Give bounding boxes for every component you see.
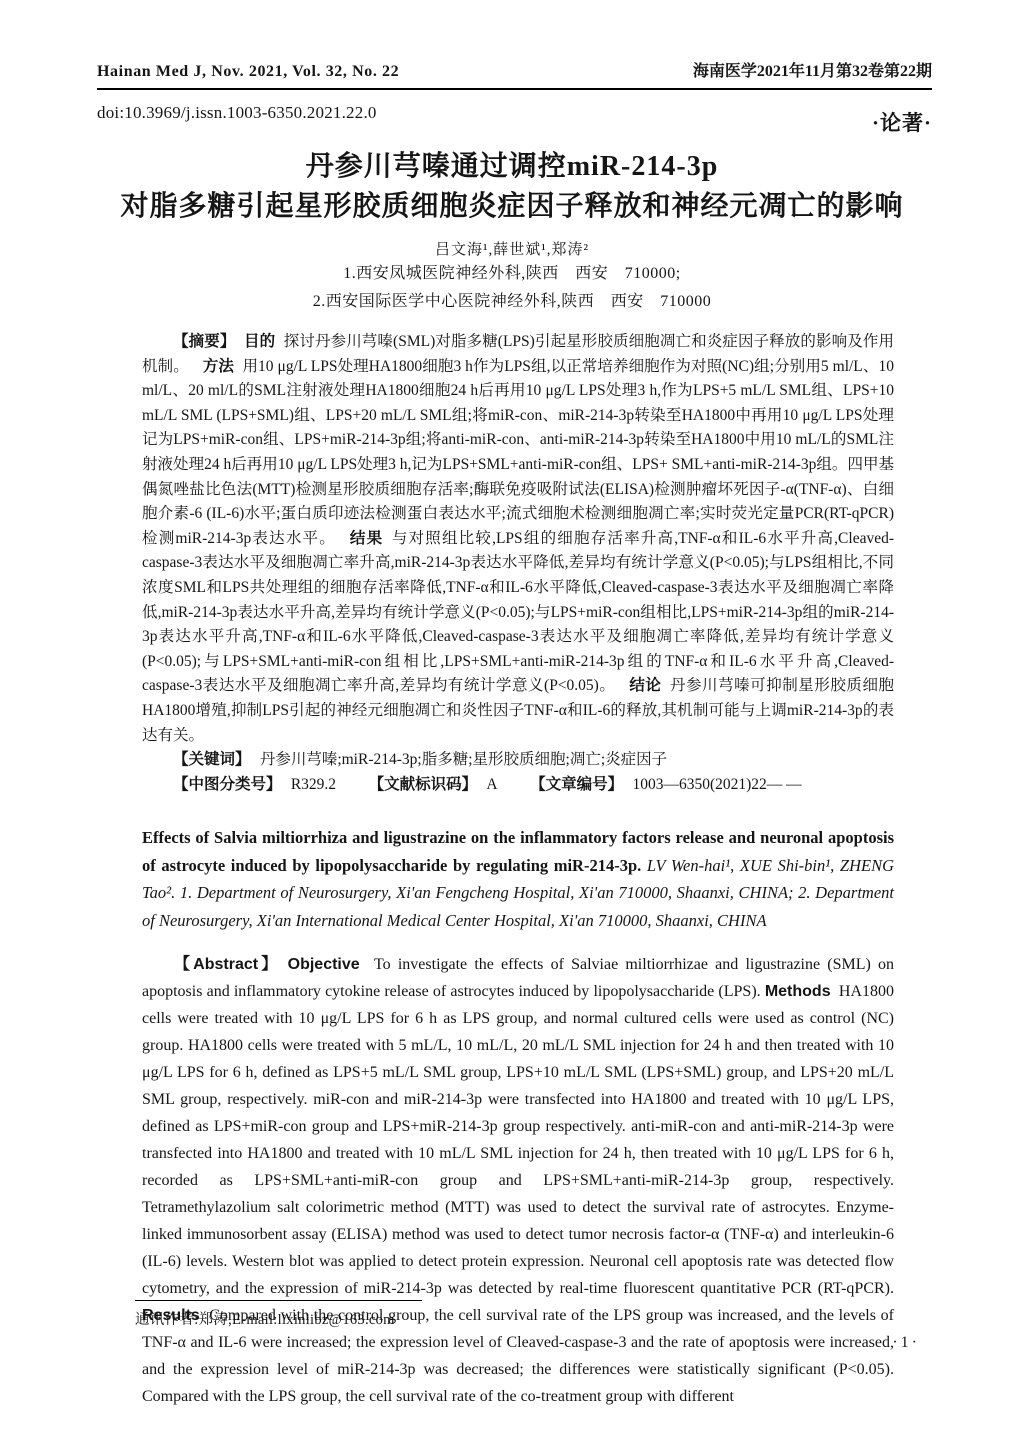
methods-zh-label: 方法 [203,358,234,375]
keywords-text: 丹参川芎嗪;miR-214-3p;脂多糖;星形胶质细胞;凋亡;炎症因子 [260,751,667,768]
keywords-label: 【关键词】 [173,751,251,768]
title-block: 丹参川芎嗪通过调控miR-214-3p 对脂多糖引起星形胶质细胞炎症因子释放和神… [0,147,1024,315]
methods-zh-text: 用10 μg/L LPS处理HA1800细胞3 h作为LPS组,以正常培养细胞作… [142,358,894,547]
classification-line: 【中图分类号】R329.2【文献标识码】A【文章编号】1003—6350(202… [142,773,894,798]
article-type-label: ·论著· [872,107,932,137]
clc-label: 【中图分类号】 [173,776,282,793]
paper-title-line1: 丹参川芎嗪通过调控miR-214-3p [0,147,1024,187]
abstract-en-paragraph: 【Abstract】 Objective To investigate the … [142,951,894,1410]
doi-text: doi:10.3969/j.issn.1003-6350.2021.22.0 [97,103,377,123]
corresponding-author-text: 通讯作者:郑涛,E-mail:lixinlibz@163.com [135,1308,735,1329]
conclusion-zh-label: 结论 [629,677,661,694]
abstract-en-label: 【Abstract】 [174,956,280,973]
journal-header: Hainan Med J, Nov. 2021, Vol. 32, No. 22… [97,58,932,90]
article-id-value: 1003—6350(2021)22— — [632,776,801,793]
article-id-label: 【文章编号】 [530,776,623,793]
clc-value: R329.2 [291,776,336,793]
footnote-rule [135,1300,422,1301]
doi-row: doi:10.3969/j.issn.1003-6350.2021.22.0 ·… [97,103,932,137]
journal-name-en: Hainan Med J, Nov. 2021, Vol. 32, No. 22 [97,63,399,81]
results-zh-text: 与对照组比较,LPS组的细胞存活率升高,TNF-α和IL-6水平升高,Cleav… [142,530,894,695]
page-number: ·1· [892,1334,920,1352]
results-zh-label: 结果 [350,530,383,547]
doc-code-label: 【文献标识码】 [369,776,478,793]
english-title-paragraph: Effects of Salvia miltiorrhiza and ligus… [142,824,894,934]
journal-name-zh: 海南医学2021年11月第32卷第22期 [693,58,932,81]
paper-title-line2: 对脂多糖引起星形胶质细胞炎症因子释放和神经元凋亡的影响 [0,187,1024,227]
objective-zh-label: 目的 [244,333,275,350]
affiliation-2: 2.西安国际医学中心医院神经外科,陕西 西安 710000 [0,289,1024,315]
affiliation-1: 1.西安凤城医院神经外科,陕西 西安 710000; [0,261,1024,287]
objective-en-label: Objective [288,956,360,973]
paper-page: Hainan Med J, Nov. 2021, Vol. 32, No. 22… [0,0,1024,1436]
abstract-zh-label: 【摘要】 [173,333,235,350]
abstract-zh-paragraph: 【摘要】目的探讨丹参川芎嗪(SML)对脂多糖(LPS)引起星形胶质细胞凋亡和炎症… [142,330,894,748]
methods-en-text: HA1800 cells were treated with 10 μg/L L… [142,983,894,1297]
methods-en-label: Methods [765,983,831,1000]
footnote-block: 通讯作者:郑涛,E-mail:lixinlibz@163.com [135,1300,735,1329]
article-content: 【摘要】目的探讨丹参川芎嗪(SML)对脂多糖(LPS)引起星形胶质细胞凋亡和炎症… [142,330,894,1410]
keywords-line: 【关键词】丹参川芎嗪;miR-214-3p;脂多糖;星形胶质细胞;凋亡;炎症因子 [142,748,894,773]
authors-zh: 吕文海¹,薛世斌¹,郑涛² [0,238,1024,259]
doc-code-value: A [486,776,497,793]
